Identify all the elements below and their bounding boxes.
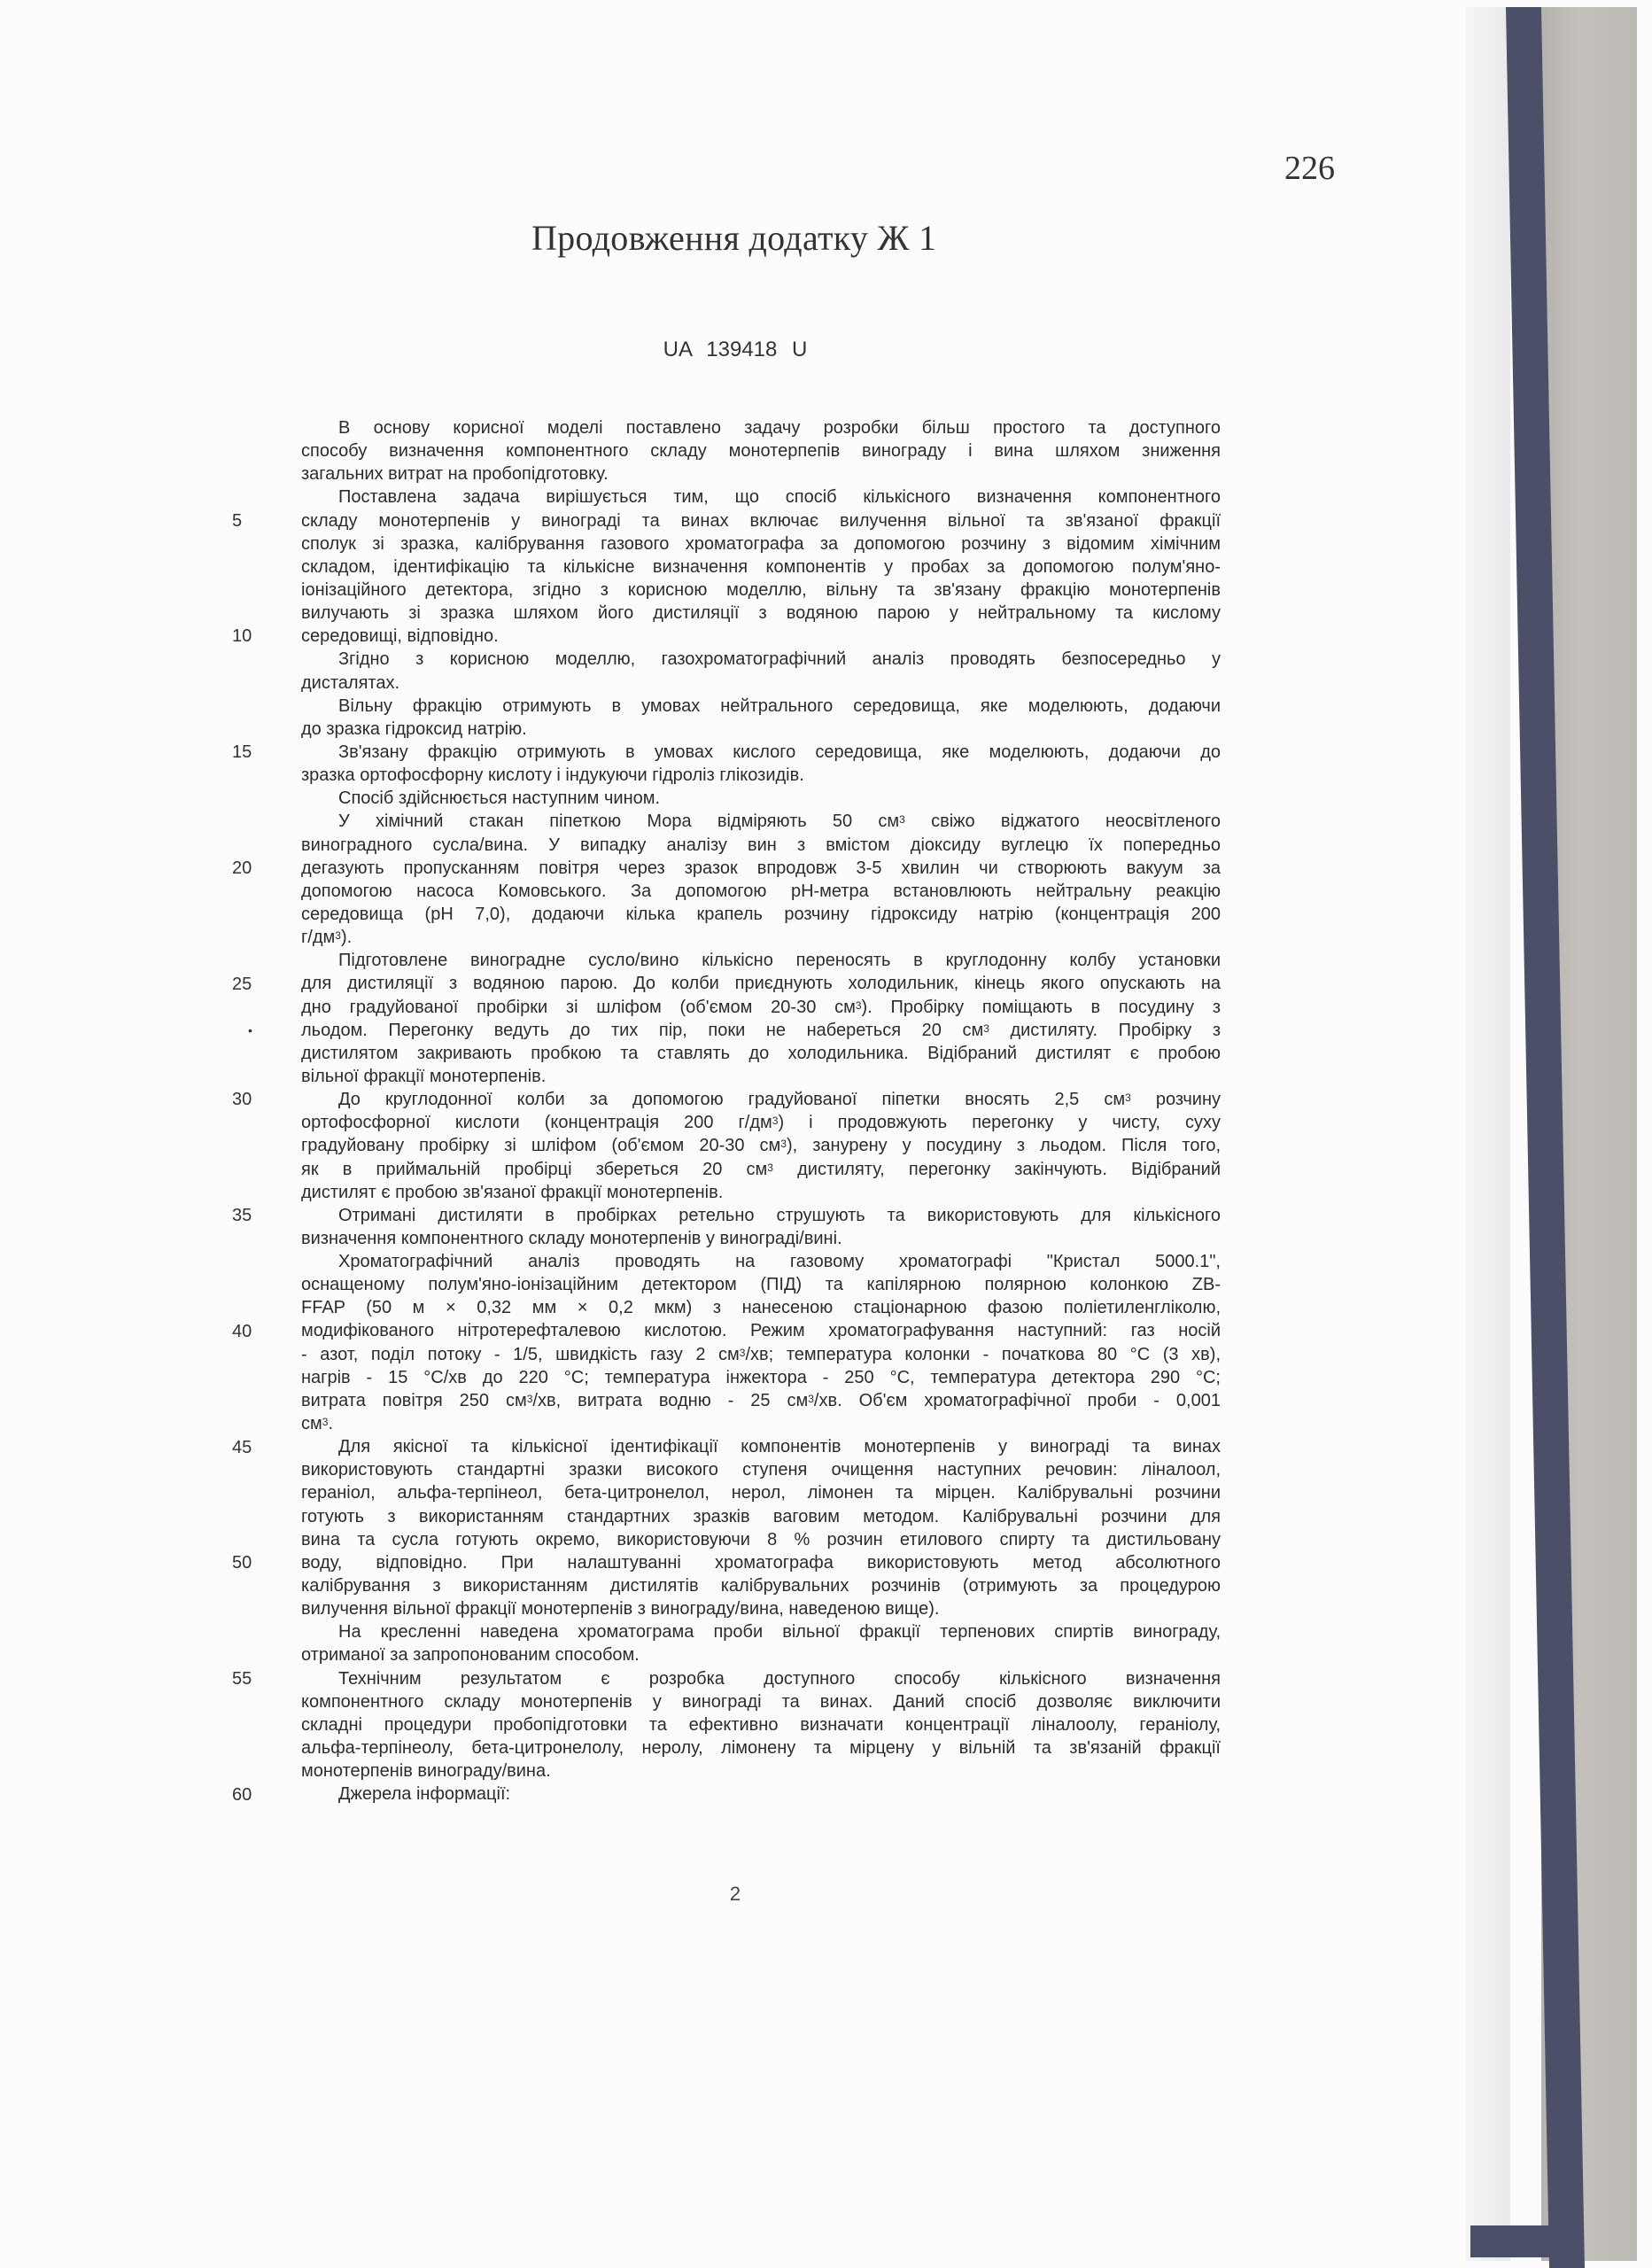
margin-line-number: 50	[232, 1551, 252, 1574]
text-line: загальних витрат на пробопідготовку.	[301, 462, 1221, 485]
page-edge	[1466, 7, 1510, 2261]
margin-line-number: 30	[232, 1088, 252, 1111]
text-line: дистилят є пробою зв'язаної фракції моно…	[301, 1181, 1221, 1204]
text-line: Джерела інформації:	[301, 1783, 1221, 1806]
text-line: дисталятах.	[301, 672, 1221, 695]
text-line: воду, відповідно. При налаштуванні хрома…	[301, 1551, 1221, 1574]
appendix-title: Продовження додатку Ж 1	[531, 217, 936, 259]
text-line: градуйовану пробірку зі шліфом (об'ємом …	[301, 1134, 1221, 1157]
text-line: зразка ортофосфорну кислоту і індукуючи …	[301, 764, 1221, 787]
margin-line-number: 55	[232, 1667, 252, 1690]
text-line: Зв'язану фракцію отримують в умовах кисл…	[301, 741, 1221, 764]
text-line: іонізаційного детектора, згідно з корисн…	[301, 579, 1221, 602]
margin-line-number: 35	[232, 1204, 252, 1227]
text-line: способу визначення компонентного складу …	[301, 439, 1221, 462]
paragraph: Підготовлене виноградне сусло/вино кільк…	[301, 949, 1221, 1088]
body-text: В основу корисної моделі поставлено зада…	[301, 416, 1221, 1806]
text-line: - азот, поділ потоку - 1/5, швидкість га…	[301, 1343, 1221, 1366]
text-line: готують з використанням стандартних зраз…	[301, 1505, 1221, 1528]
text-line: вільної фракції монотерпенів.	[301, 1065, 1221, 1088]
text-line: альфа-терпінеолу, бета-цитронелолу, неро…	[301, 1736, 1221, 1759]
paragraph: До круглодонної колби за допомогою граду…	[301, 1088, 1221, 1204]
text-line: отриманої за запропонованим способом.	[301, 1643, 1221, 1666]
text-line: до зразка гідроксид натрію.	[301, 718, 1221, 741]
paragraph: В основу корисної моделі поставлено зада…	[301, 416, 1221, 485]
patent-number: UA 139418 U	[0, 338, 1470, 362]
footer-page-number: 2	[0, 1883, 1470, 1906]
text-line: виноградного сусла/вина. У випадку аналі…	[301, 834, 1221, 857]
paragraph: Технічним результатом є розробка доступн…	[301, 1667, 1221, 1783]
paragraph: Вільну фракцію отримують в умовах нейтра…	[301, 695, 1221, 741]
margin-line-number: 20	[232, 857, 252, 880]
text-line: середовищі, відповідно.	[301, 625, 1221, 648]
text-line: Технічним результатом є розробка доступн…	[301, 1667, 1221, 1690]
margin-line-number: 40	[232, 1320, 252, 1343]
text-line: льодом. Перегонку ведуть до тих пір, пок…	[301, 1019, 1221, 1042]
text-line: оснащеному полум'яно-іонізаційним детект…	[301, 1273, 1221, 1296]
text-line: ортофосфорної кислоти (концентрація 200 …	[301, 1111, 1221, 1134]
text-line: складні процедури пробопідготовки та ефе…	[301, 1713, 1221, 1736]
text-line: см3.	[301, 1412, 1221, 1435]
text-line: Спосіб здійснюється наступним чином.	[301, 787, 1221, 810]
margin-line-number: 25	[232, 973, 252, 996]
text-line: дно градуйованої пробірки зі шліфом (об'…	[301, 996, 1221, 1019]
text-line: використовують стандартні зразки високог…	[301, 1458, 1221, 1481]
paragraph: Джерела інформації:	[301, 1783, 1221, 1806]
margin-line-number: 15	[232, 741, 252, 764]
text-line: До круглодонної колби за допомогою граду…	[301, 1088, 1221, 1111]
paragraph: Спосіб здійснюється наступним чином.	[301, 787, 1221, 810]
text-line: складом, ідентифікацію та кількісне визн…	[301, 555, 1221, 579]
margin-line-number: 60	[232, 1783, 252, 1806]
paragraph: Згідно з корисною моделлю, газохроматогр…	[301, 648, 1221, 694]
text-line: компонентного складу монотерпенів у вино…	[301, 1690, 1221, 1713]
paragraph: Поставлена задача вирішується тим, що сп…	[301, 485, 1221, 648]
margin-line-number: 10	[232, 625, 252, 648]
text-line: У хімічний стакан піпеткою Мора відміряю…	[301, 810, 1221, 833]
text-line: Згідно з корисною моделлю, газохроматогр…	[301, 648, 1221, 671]
text-line: дистилятом закривають пробкою та ставлят…	[301, 1042, 1221, 1065]
text-line: г/дм3).	[301, 926, 1221, 949]
text-line: Хроматографічний аналіз проводять на газ…	[301, 1250, 1221, 1273]
text-line: визначення компонентного складу монотерп…	[301, 1227, 1221, 1250]
text-line: дегазують пропусканням повітря через зра…	[301, 857, 1221, 880]
margin-line-number: •	[248, 1019, 252, 1042]
text-line: середовища (pH 7,0), додаючи кілька крап…	[301, 903, 1221, 926]
paragraph: Отримані дистиляти в пробірках ретельно …	[301, 1204, 1221, 1250]
text-line: FFAP (50 м × 0,32 мм × 0,2 мкм) з нанесе…	[301, 1296, 1221, 1319]
text-line: На кресленні наведена хроматограма проби…	[301, 1620, 1221, 1643]
text-line: нагрів - 15 °С/хв до 220 °С; температура…	[301, 1366, 1221, 1389]
text-line: вилучають зі зразка шляхом його дистиляц…	[301, 602, 1221, 625]
text-line: витрата повітря 250 см3/хв, витрата водн…	[301, 1389, 1221, 1412]
text-line: гераніол, альфа-терпінеол, бета-цитронел…	[301, 1481, 1221, 1504]
paragraph: Для якісної та кількісної ідентифікації …	[301, 1435, 1221, 1620]
margin-line-number: 45	[232, 1436, 252, 1459]
text-line: вина та сусла готують окремо, використов…	[301, 1528, 1221, 1551]
text-line: допомогою насоса Комовського. За допомог…	[301, 880, 1221, 903]
text-line: В основу корисної моделі поставлено зада…	[301, 416, 1221, 439]
text-line: Підготовлене виноградне сусло/вино кільк…	[301, 949, 1221, 972]
text-line: Отримані дистиляти в пробірках ретельно …	[301, 1204, 1221, 1227]
text-line: модифікованого нітротерефталевою кислото…	[301, 1319, 1221, 1342]
paragraph: Хроматографічний аналіз проводять на газ…	[301, 1250, 1221, 1435]
paragraph: У хімічний стакан піпеткою Мора відміряю…	[301, 810, 1221, 949]
text-line: Для якісної та кількісної ідентифікації …	[301, 1435, 1221, 1458]
paragraph: На кресленні наведена хроматограма проби…	[301, 1620, 1221, 1666]
text-line: Поставлена задача вирішується тим, що сп…	[301, 485, 1221, 509]
text-line: складу монотерпенів у винограді та винах…	[301, 509, 1221, 532]
text-line: сполук зі зразка, калібрування газового …	[301, 532, 1221, 555]
document-page: 226 Продовження додатку Ж 1 UA 139418 U …	[0, 0, 1470, 2268]
text-line: як в приймальній пробірці збереться 20 с…	[301, 1158, 1221, 1181]
text-line: для дистиляції з водяною парою. До колби…	[301, 972, 1221, 995]
paragraph: Зв'язану фракцію отримують в умовах кисл…	[301, 741, 1221, 787]
text-line: вилучення вільної фракції монотерпенів з…	[301, 1597, 1221, 1620]
page-number: 226	[1284, 149, 1335, 188]
text-line: монотерпенів винограду/вина.	[301, 1759, 1221, 1783]
binder-corner	[1470, 2225, 1577, 2257]
margin-line-number: 5	[232, 509, 242, 532]
text-line: калібрування з використанням дистилятів …	[301, 1574, 1221, 1597]
text-line: Вільну фракцію отримують в умовах нейтра…	[301, 695, 1221, 718]
